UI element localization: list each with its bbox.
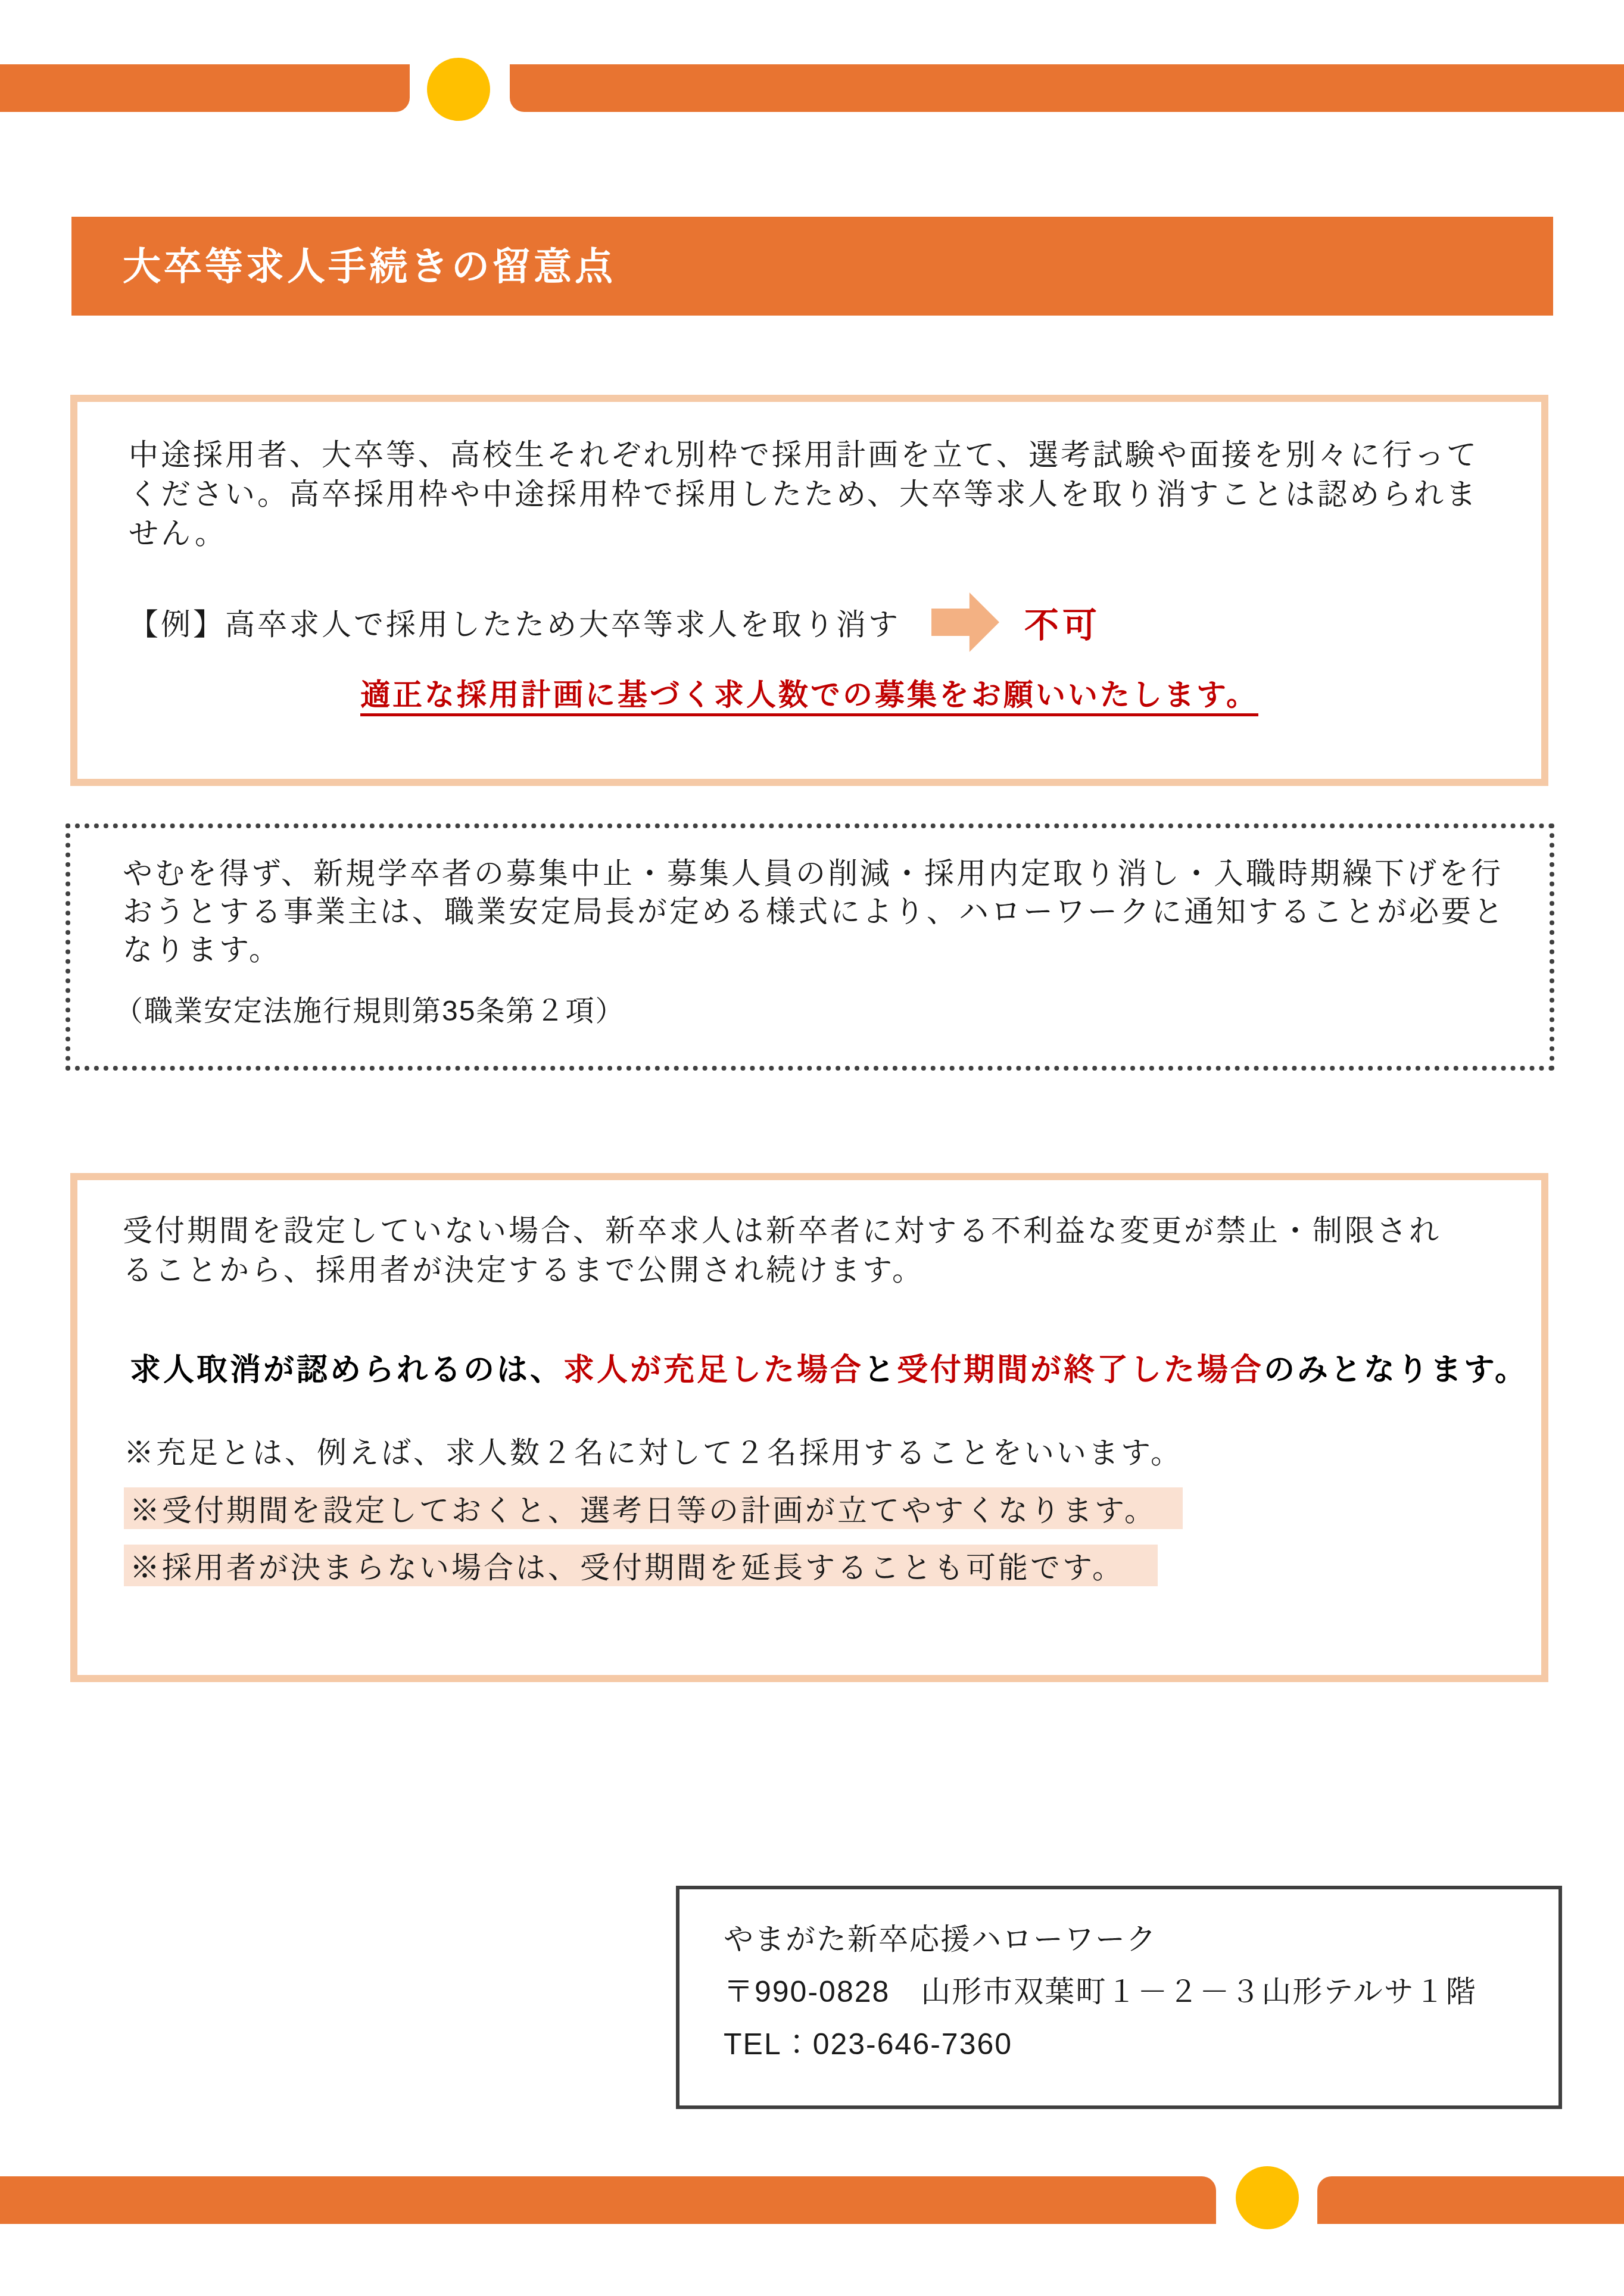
notice-segment: 求人取消が認められるのは、 [130, 1353, 563, 1387]
page-title: 大卒等求人手続きの留意点 [123, 247, 616, 285]
request-line: 適正な採用計画に基づく求人数での募集をお願いいたします。 [77, 671, 1541, 714]
note-extend-period-highlighted: ※採用者が決まらない場合は、受付期間を延長することも可能です。 [124, 1545, 1158, 1586]
top-band-left [0, 64, 410, 112]
acceptance-period-paragraph: 受付期間を設定していない場合、新卒求人は新卒者に対する不利益な変更が禁止・制限さ… [123, 1211, 1441, 1290]
title-bar: 大卒等求人手続きの留意点 [71, 217, 1553, 316]
note-extend-period-text: ※採用者が決まらない場合は、受付期間を延長することも可能です。 [130, 1544, 1124, 1587]
bottom-band-right [1317, 2176, 1624, 2224]
right-arrow-icon [931, 592, 999, 652]
recruitment-plan-paragraph: 中途採用者、大卒等、高校生それぞれ別枠で採用計画を立て、選考試験や面接を別々に行… [129, 435, 1479, 553]
example-label: 【例】高卒求人で採用したため大卒等求人を取り消す [129, 601, 900, 644]
not-allowed-label: 不可 [1024, 597, 1101, 647]
acceptance-period-box: 受付期間を設定していない場合、新卒求人は新卒者に対する不利益な変更が禁止・制限さ… [70, 1173, 1548, 1682]
notice-segment: のみとなります。 [1264, 1353, 1528, 1387]
cancellation-notice: 求人取消が認められるのは、求人が充足した場合と受付期間が終了した場合のみとなりま… [130, 1344, 1528, 1389]
yellow-circle-bottom-icon [1236, 2166, 1299, 2229]
yellow-circle-top-icon [427, 58, 490, 121]
law-reference: （職業安定法施行規則第35条第２項） [114, 988, 625, 1029]
notification-rule-paragraph: やむを得ず、新規学卒者の募集中止・募集人員の削減・採用内定取り消し・入職時期繰下… [123, 854, 1505, 969]
note-sufficiency: ※充足とは、例えば、求人数２名に対して２名採用することをいいます。 [124, 1429, 1183, 1472]
contact-lines: やまがた新卒応援ハローワーク 〒990-0828 山形市双葉町１－２－３山形テル… [724, 1913, 1477, 2070]
recruitment-plan-box: 中途採用者、大卒等、高校生それぞれ別枠で採用計画を立て、選考試験や面接を別々に行… [70, 395, 1548, 786]
notification-rule-box: やむを得ず、新規学卒者の募集中止・募集人員の削減・採用内定取り消し・入職時期繰下… [66, 823, 1554, 1071]
notice-segment-red: 受付期間が終了した場合 [897, 1353, 1264, 1387]
note-set-period-highlighted: ※受付期間を設定しておくと、選考日等の計画が立てやすくなります。 [124, 1487, 1183, 1529]
example-row: 【例】高卒求人で採用したため大卒等求人を取り消す 不可 [129, 591, 1101, 653]
notice-segment: と [864, 1353, 897, 1387]
bottom-band-left [0, 2176, 1216, 2224]
notice-segment-red: 求人が充足した場合 [563, 1353, 864, 1387]
top-band-right [510, 64, 1624, 112]
flyer-page: 大卒等求人手続きの留意点 中途採用者、大卒等、高校生それぞれ別枠で採用計画を立て… [0, 0, 1624, 2296]
contact-box: やまがた新卒応援ハローワーク 〒990-0828 山形市双葉町１－２－３山形テル… [676, 1886, 1562, 2109]
note-set-period-text: ※受付期間を設定しておくと、選考日等の計画が立てやすくなります。 [130, 1487, 1157, 1530]
